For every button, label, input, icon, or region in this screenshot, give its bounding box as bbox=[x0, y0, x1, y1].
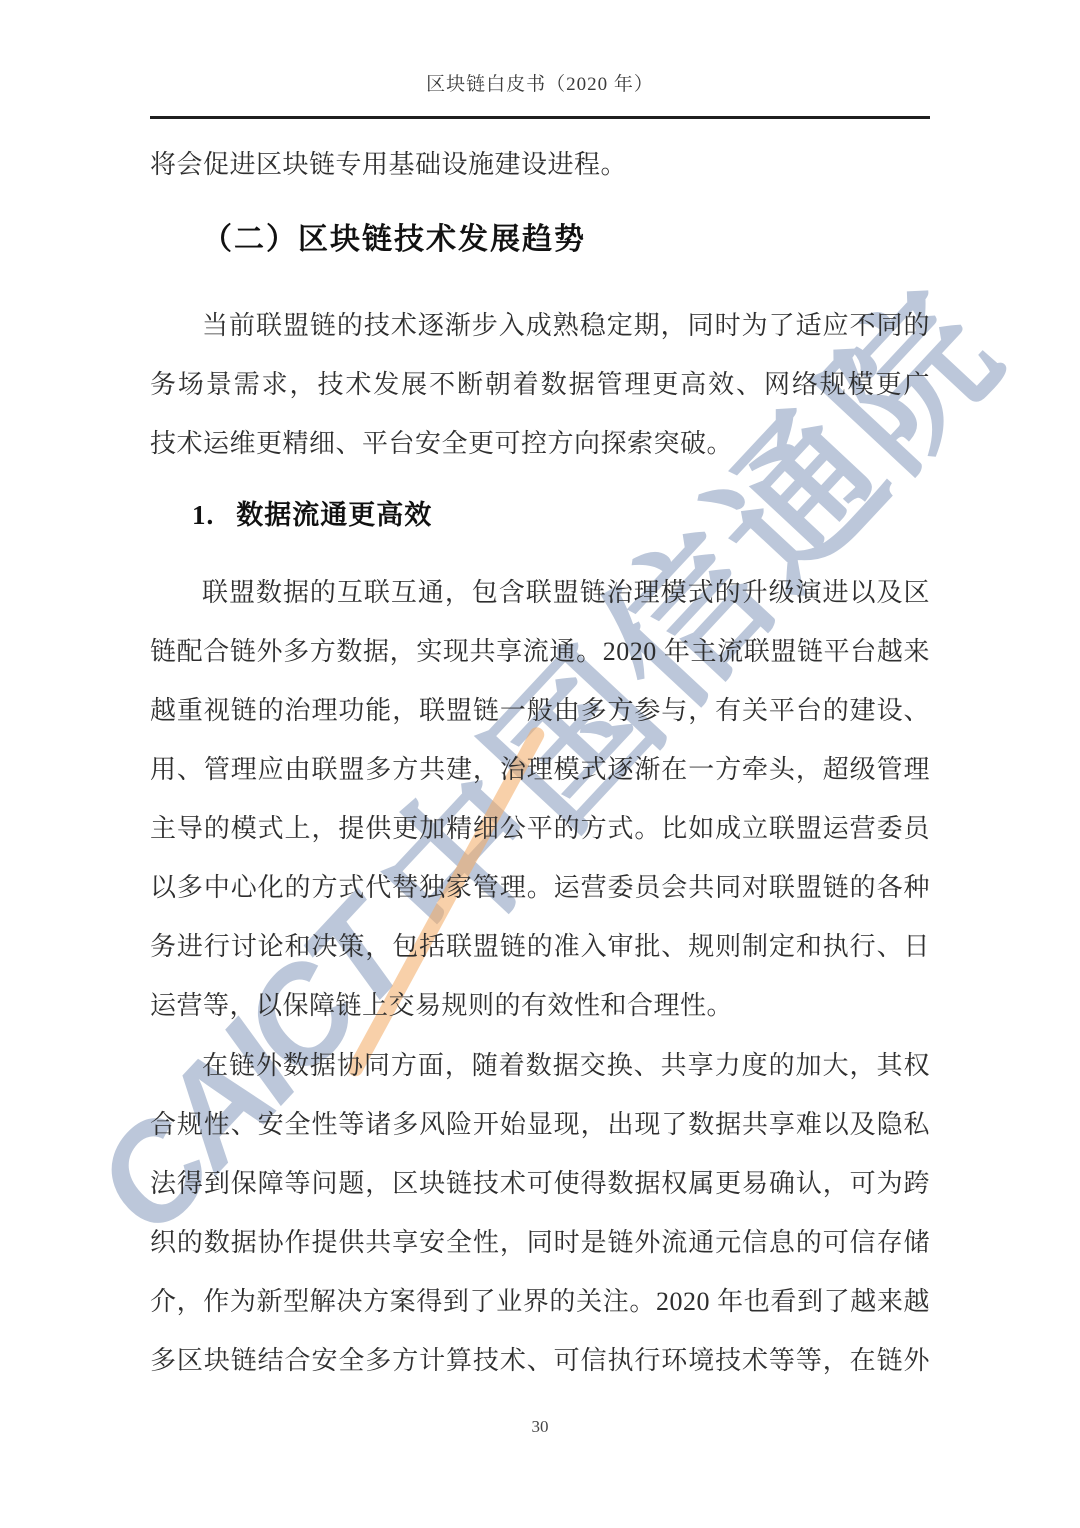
paragraph-line: 当前联盟链的技术逐渐步入成熟稳定期，同时为了适应不同的业 bbox=[150, 296, 930, 355]
paragraph-line: 以多中心化的方式代替独家管理。运营委员会共同对联盟链的各种事 bbox=[150, 858, 930, 917]
paragraph-line: 务进行讨论和决策，包括联盟链的准入审批、规则制定和执行、日常 bbox=[150, 917, 930, 976]
subsection-heading: 1.数据流通更高效 bbox=[150, 490, 930, 540]
body-paragraph: 当前联盟链的技术逐渐步入成熟稳定期，同时为了适应不同的业 务场景需求，技术发展不… bbox=[150, 296, 930, 473]
section-heading: （二）区块链技术发展趋势 bbox=[150, 215, 930, 265]
paragraph-line: 多区块链结合安全多方计算技术、可信执行环境技术等等，在链外数 bbox=[150, 1331, 930, 1390]
paragraph-line: 链配合链外多方数据，实现共享流通。2020 年主流联盟链平台越来 bbox=[150, 622, 930, 681]
subsection-title: 数据流通更高效 bbox=[236, 500, 432, 530]
body-paragraph: 联盟数据的互联互通，包含联盟链治理模式的升级演进以及区块 链配合链外多方数据，实… bbox=[150, 563, 930, 1035]
paragraph-line: 在链外数据协同方面，随着数据交换、共享力度的加大，其权属、 bbox=[150, 1036, 930, 1095]
document-page: CAICT 中国信通院 区块链白皮书（2020 年） 将会促进区块链专用基础设施… bbox=[0, 0, 1080, 1528]
page-number: 30 bbox=[150, 1415, 930, 1439]
paragraph-line: 越重视链的治理功能，联盟链一般由多方参与，有关平台的建设、使 bbox=[150, 681, 930, 740]
paragraph-line: 用、管理应由联盟多方共建，治理模式逐渐在一方牵头，超级管理员 bbox=[150, 740, 930, 799]
paragraph-line: 法得到保障等问题，区块链技术可使得数据权属更易确认，可为跨组 bbox=[150, 1154, 930, 1213]
paragraph-line: 主导的模式上，提供更加精细公平的方式。比如成立联盟运营委员会， bbox=[150, 799, 930, 858]
header-title: 区块链白皮书（2020 年） bbox=[150, 72, 930, 98]
paragraph-line: 将会促进区块链专用基础设施建设进程。 bbox=[150, 135, 930, 194]
page-content: 区块链白皮书（2020 年） 将会促进区块链专用基础设施建设进程。 （二）区块链… bbox=[150, 72, 930, 1439]
paragraph-line: 介，作为新型解决方案得到了业界的关注。2020 年也看到了越来越 bbox=[150, 1272, 930, 1331]
paragraph-line: 联盟数据的互联互通，包含联盟链治理模式的升级演进以及区块 bbox=[150, 563, 930, 622]
body-paragraph: 在链外数据协同方面，随着数据交换、共享力度的加大，其权属、 合规性、安全性等诸多… bbox=[150, 1036, 930, 1390]
paragraph-line: 合规性、安全性等诸多风险开始显现，出现了数据共享难以及隐私无 bbox=[150, 1095, 930, 1154]
subsection-number: 1. bbox=[192, 490, 214, 540]
intro-paragraph: 将会促进区块链专用基础设施建设进程。 bbox=[150, 135, 930, 194]
header-divider bbox=[150, 116, 930, 119]
paragraph-line: 务场景需求，技术发展不断朝着数据管理更高效、网络规模更广泛、 bbox=[150, 355, 930, 414]
paragraph-line: 织的数据协作提供共享安全性，同时是链外流通元信息的可信存储媒 bbox=[150, 1213, 930, 1272]
paragraph-line: 技术运维更精细、平台安全更可控方向探索突破。 bbox=[150, 414, 930, 473]
paragraph-line: 运营等，以保障链上交易规则的有效性和合理性。 bbox=[150, 976, 930, 1035]
